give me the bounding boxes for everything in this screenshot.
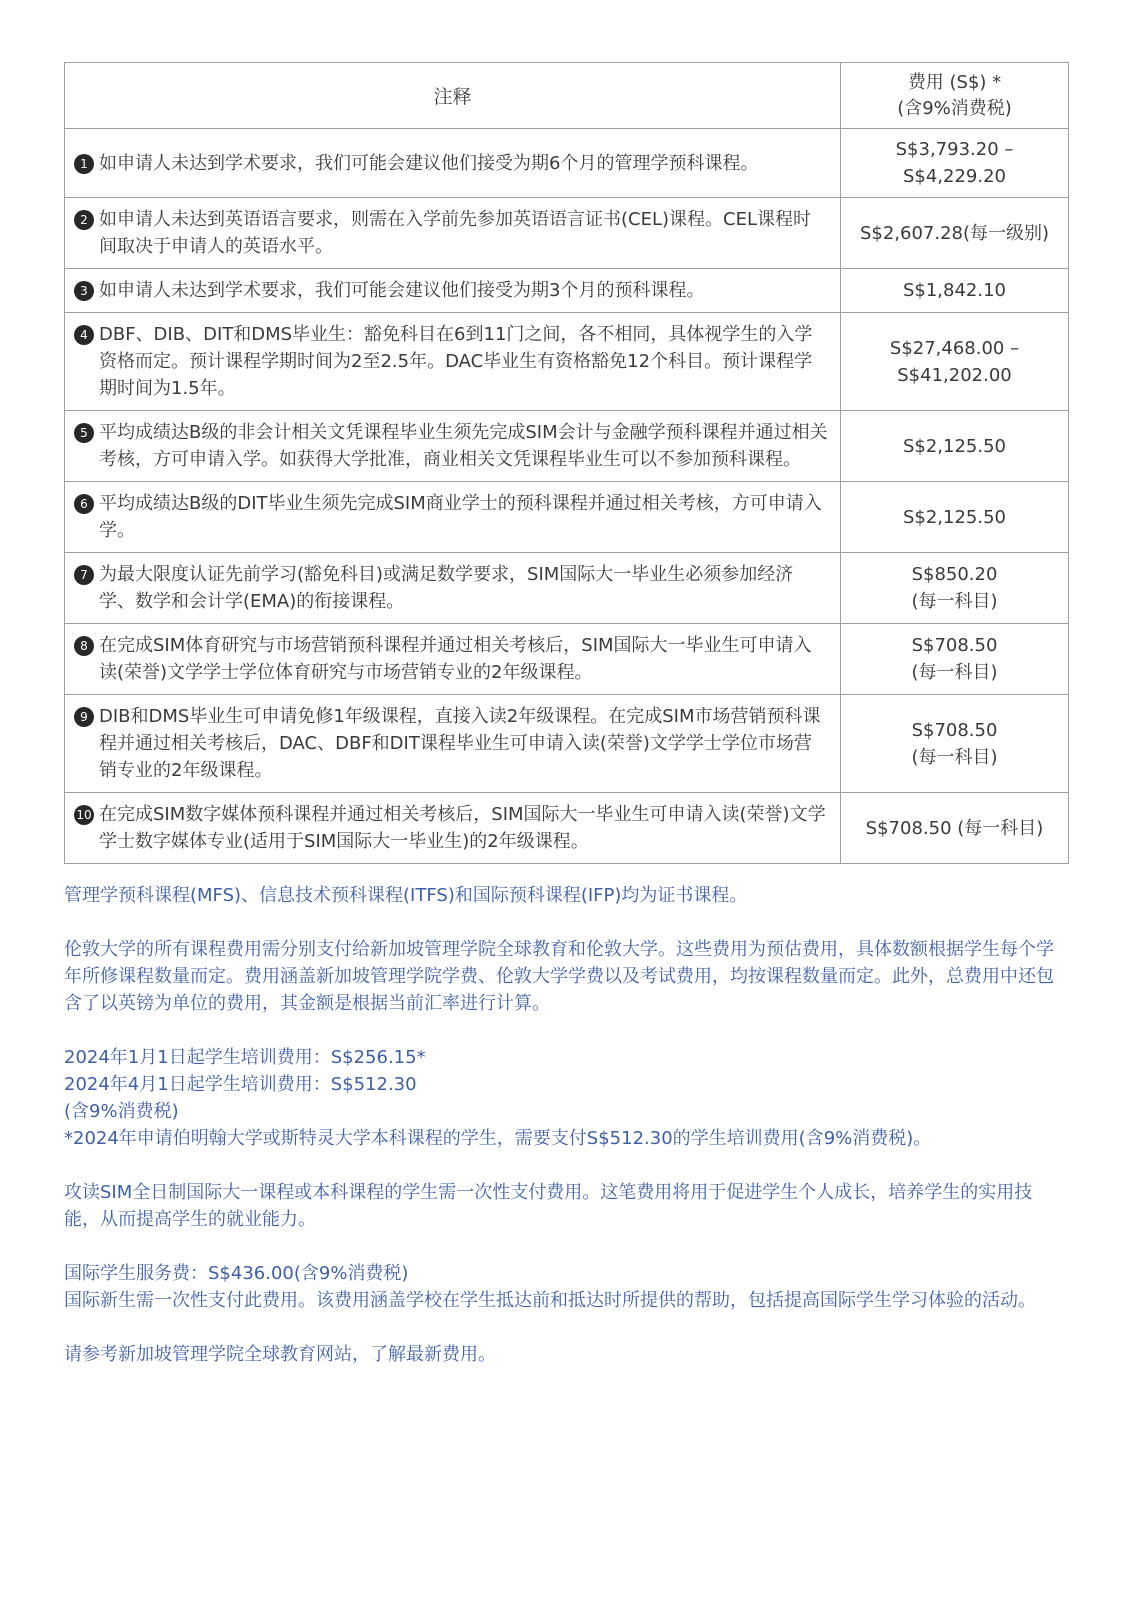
fee-table: 注释 费用 (S$) * (含9%消费税) 1 如申请人未达到学术要求，我们可能… [64,62,1069,864]
table-row: 8 在完成SIM体育研究与市场营销预科课程并通过相关考核后，SIM国际大一毕业生… [65,624,1069,695]
fee-header-line2: (含9%消费税) [845,96,1064,122]
footnote-uol-fees: 伦敦大学的所有课程费用需分别支付给新加坡管理学院全球教育和伦敦大学。这些费用为预… [64,936,1068,1017]
note-text: DBF、DIB、DIT和DMS毕业生：豁免科目在6到11门之间，各不相同，具体视… [99,321,828,402]
note-cell: 3 如申请人未达到学术要求，我们可能会建议他们接受为期3个月的预科课程。 [65,269,841,313]
note-text: 平均成绩达B级的非会计相关文凭课程毕业生须先完成SIM会计与金融学预科课程并通过… [99,419,828,473]
note-cell: 5 平均成绩达B级的非会计相关文凭课程毕业生须先完成SIM会计与金融学预科课程并… [65,411,841,482]
fee-value: S$3,793.20 – [851,136,1058,163]
footnote-training-fees: 2024年1月1日起学生培训费用：S$256.15* 2024年4月1日起学生培… [64,1044,1068,1152]
fee-cell: S$850.20 (每一科目) [841,553,1069,624]
fee-value: S$41,202.00 [851,362,1058,389]
fee-value: S$2,607.28(每一级别) [851,220,1058,247]
fee-cell: S$1,842.10 [841,269,1069,313]
fee-table-body: 1 如申请人未达到学术要求，我们可能会建议他们接受为期6个月的管理学预科课程。 … [65,129,1069,864]
footnote-website-reference: 请参考新加坡管理学院全球教育网站，了解最新费用。 [64,1341,1068,1368]
fee-header-line1: 费用 (S$) * [845,70,1064,96]
training-fee-jan: 2024年1月1日起学生培训费用：S$256.15* [64,1044,1068,1071]
circled-number-icon: 6 [74,494,94,514]
circled-number-icon: 4 [74,325,94,345]
note-text: 如申请人未达到学术要求，我们可能会建议他们接受为期6个月的管理学预科课程。 [99,150,828,177]
note-text: 在完成SIM体育研究与市场营销预科课程并通过相关考核后，SIM国际大一毕业生可申… [99,632,828,686]
circled-number-icon: 9 [74,707,94,727]
fee-value: S$708.50 [851,632,1058,659]
fee-value: S$1,842.10 [851,277,1058,304]
fee-value: S$2,125.50 [851,433,1058,460]
training-fee-asterisk-note: *2024年申请伯明翰大学或斯特灵大学本科课程的学生，需要支付S$512.30的… [64,1125,1068,1152]
circled-number-icon: 5 [74,423,94,443]
footnotes-section: 管理学预科课程(MFS)、信息技术预科课程(ITFS)和国际预科课程(IFP)均… [64,882,1068,1368]
fee-cell: S$27,468.00 – S$41,202.00 [841,313,1069,411]
fee-value: (每一科目) [851,659,1058,686]
fee-value: (每一科目) [851,744,1058,771]
column-header-notes: 注释 [65,63,841,129]
fee-cell: S$708.50 (每一科目) [841,624,1069,695]
circled-number-icon: 1 [74,154,94,174]
note-cell: 4 DBF、DIB、DIT和DMS毕业生：豁免科目在6到11门之间，各不相同，具… [65,313,841,411]
fee-value: S$4,229.20 [851,163,1058,190]
table-row: 4 DBF、DIB、DIT和DMS毕业生：豁免科目在6到11门之间，各不相同，具… [65,313,1069,411]
note-cell: 9 DIB和DMS毕业生可申请免修1年级课程，直接入读2年级课程。在完成SIM市… [65,695,841,793]
fee-cell: S$708.50 (每一科目) [841,793,1069,864]
circled-number-icon: 8 [74,636,94,656]
fee-value: S$708.50 (每一科目) [851,815,1058,842]
note-cell: 7 为最大限度认证先前学习(豁免科目)或满足数学要求，SIM国际大一毕业生必须参… [65,553,841,624]
table-row: 2 如申请人未达到英语语言要求，则需在入学前先参加英语语言证书(CEL)课程。C… [65,198,1069,269]
note-cell: 1 如申请人未达到学术要求，我们可能会建议他们接受为期6个月的管理学预科课程。 [65,129,841,198]
note-text: 平均成绩达B级的DIT毕业生须先完成SIM商业学士的预科课程并通过相关考核，方可… [99,490,828,544]
note-text: 如申请人未达到英语语言要求，则需在入学前先参加英语语言证书(CEL)课程。CEL… [99,206,828,260]
circled-number-icon: 3 [74,281,94,301]
footnote-certificate-courses: 管理学预科课程(MFS)、信息技术预科课程(ITFS)和国际预科课程(IFP)均… [64,882,1068,909]
note-text: 为最大限度认证先前学习(豁免科目)或满足数学要求，SIM国际大一毕业生必须参加经… [99,561,828,615]
table-row: 5 平均成绩达B级的非会计相关文凭课程毕业生须先完成SIM会计与金融学预科课程并… [65,411,1069,482]
header-row: 注释 费用 (S$) * (含9%消费税) [65,63,1069,129]
note-cell: 6 平均成绩达B级的DIT毕业生须先完成SIM商业学士的预科课程并通过相关考核，… [65,482,841,553]
table-row: 9 DIB和DMS毕业生可申请免修1年级课程，直接入读2年级课程。在完成SIM市… [65,695,1069,793]
table-row: 3 如申请人未达到学术要求，我们可能会建议他们接受为期3个月的预科课程。 S$1… [65,269,1069,313]
fee-cell: S$2,125.50 [841,482,1069,553]
fee-cell: S$2,125.50 [841,411,1069,482]
service-fee-amount: 国际学生服务费：S$436.00(含9%消费税) [64,1260,1068,1287]
circled-number-icon: 2 [74,210,94,230]
note-text: DIB和DMS毕业生可申请免修1年级课程，直接入读2年级课程。在完成SIM市场营… [99,703,828,784]
document-page: 注释 费用 (S$) * (含9%消费税) 1 如申请人未达到学术要求，我们可能… [0,0,1126,1600]
circled-number-icon: 7 [74,565,94,585]
fee-value: S$2,125.50 [851,504,1058,531]
fee-cell: S$2,607.28(每一级别) [841,198,1069,269]
note-text: 如申请人未达到学术要求，我们可能会建议他们接受为期3个月的预科课程。 [99,277,828,304]
table-row: 7 为最大限度认证先前学习(豁免科目)或满足数学要求，SIM国际大一毕业生必须参… [65,553,1069,624]
note-cell: 10 在完成SIM数字媒体预科课程并通过相关考核后，SIM国际大一毕业生可申请入… [65,793,841,864]
gst-note: (含9%消费税) [64,1098,1068,1125]
fee-value: (每一科目) [851,588,1058,615]
table-row: 1 如申请人未达到学术要求，我们可能会建议他们接受为期6个月的管理学预科课程。 … [65,129,1069,198]
fee-value: S$708.50 [851,717,1058,744]
circled-number-icon: 10 [74,805,94,825]
note-text: 在完成SIM数字媒体预科课程并通过相关考核后，SIM国际大一毕业生可申请入读(荣… [99,801,828,855]
footnote-international-service-fee: 国际学生服务费：S$436.00(含9%消费税) 国际新生需一次性支付此费用。该… [64,1260,1068,1314]
fee-cell: S$3,793.20 – S$4,229.20 [841,129,1069,198]
table-row: 10 在完成SIM数字媒体预科课程并通过相关考核后，SIM国际大一毕业生可申请入… [65,793,1069,864]
note-cell: 2 如申请人未达到英语语言要求，则需在入学前先参加英语语言证书(CEL)课程。C… [65,198,841,269]
fee-value: S$850.20 [851,561,1058,588]
column-header-fee: 费用 (S$) * (含9%消费税) [841,63,1069,129]
table-row: 6 平均成绩达B级的DIT毕业生须先完成SIM商业学士的预科课程并通过相关考核，… [65,482,1069,553]
note-cell: 8 在完成SIM体育研究与市场营销预科课程并通过相关考核后，SIM国际大一毕业生… [65,624,841,695]
footnote-one-time-fee: 攻读SIM全日制国际大一课程或本科课程的学生需一次性支付费用。这笔费用将用于促进… [64,1179,1068,1233]
fee-table-header: 注释 费用 (S$) * (含9%消费税) [65,63,1069,129]
fee-value: S$27,468.00 – [851,335,1058,362]
fee-cell: S$708.50 (每一科目) [841,695,1069,793]
service-fee-description: 国际新生需一次性支付此费用。该费用涵盖学校在学生抵达前和抵达时所提供的帮助，包括… [64,1287,1068,1314]
training-fee-apr: 2024年4月1日起学生培训费用：S$512.30 [64,1071,1068,1098]
